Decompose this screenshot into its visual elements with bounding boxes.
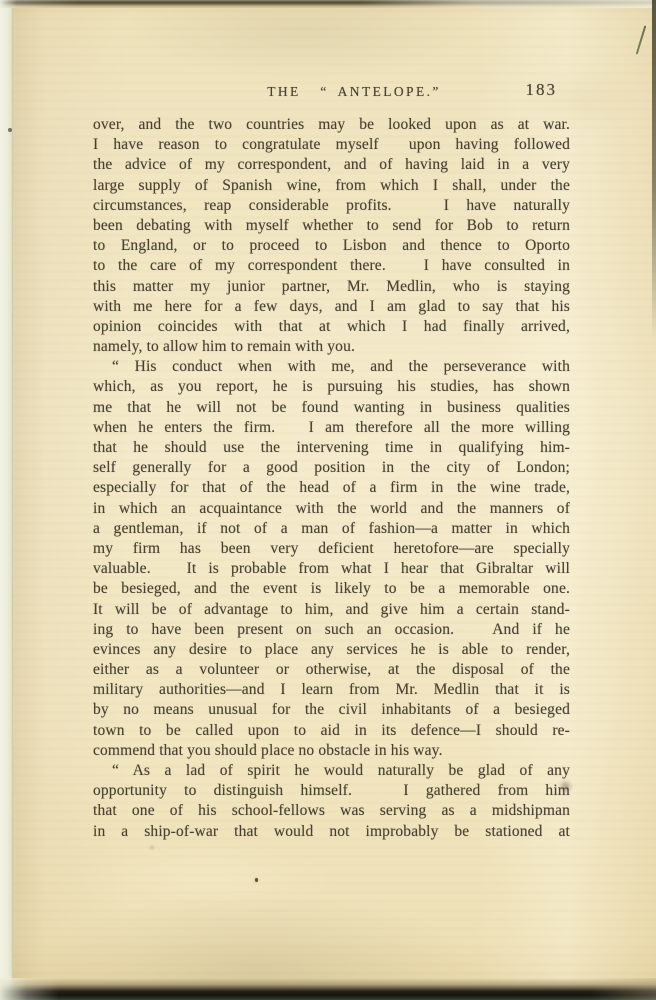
text-line: commend that you should place no obstacl… (93, 741, 570, 761)
text-line: “ As a lad of spirit he would naturally … (93, 761, 570, 781)
bottom-page-edge (0, 978, 656, 1000)
left-page-edge (0, 0, 13, 1000)
paper-speck (8, 128, 12, 132)
text-line: valuable. It is probable from what I hea… (93, 559, 570, 579)
text-line: my firm has been very deficient heretofo… (93, 539, 570, 559)
text-line: to the care of my correspondent there. I… (93, 256, 570, 276)
text-line: a gentleman, if not of a man of fashion—… (93, 519, 570, 539)
text-line: opportunity to distinguish himself. I ga… (93, 781, 570, 801)
text-line: opinion coincides with that at which I h… (93, 317, 570, 337)
paper-speck (255, 878, 258, 882)
text-line: with me here for a few days, and I am gl… (93, 297, 570, 317)
text-line: been debating with myself whether to sen… (93, 216, 570, 236)
text-line: It will be of advantage to him, and give… (93, 600, 570, 620)
text-line: in a ship-of-war that would not improbab… (93, 822, 570, 842)
text-line: evinces any desire to place any services… (93, 640, 570, 660)
text-line: especially for that of the head of a fir… (93, 478, 570, 498)
text-line: me that he will not be found wanting in … (93, 398, 570, 418)
text-line: “ His conduct when with me, and the pers… (93, 357, 570, 377)
page-number: 183 (526, 80, 558, 100)
text-line: in which an acquaintance with the world … (93, 499, 570, 519)
text-line: be besieged, and the event is likely to … (93, 579, 570, 599)
paragraph: “ His conduct when with me, and the pers… (93, 357, 570, 761)
text-line: which, as you report, he is pursuing his… (93, 377, 570, 397)
paragraph: “ As a lad of spirit he would naturally … (93, 761, 570, 842)
text-line: I have reason to congratulate myself upo… (93, 135, 570, 155)
text-line: to England, or to proceed to Lisbon and … (93, 236, 570, 256)
text-line: over, and the two countries may be looke… (93, 115, 570, 135)
scanned-book-page: THE “ ANTELOPE.” 183 over, and the two c… (0, 0, 656, 1000)
text-line: town to be called upon to aid in its def… (93, 721, 570, 741)
text-line: when he enters the firm. I am therefore … (93, 418, 570, 438)
text-line: large supply of Spanish wine, from which… (93, 176, 570, 196)
text-line: circumstances, reap considerable profits… (93, 196, 570, 216)
text-line: by no means unusual for the civil inhabi… (93, 700, 570, 720)
text-block: over, and the two countries may be looke… (93, 115, 570, 842)
right-page-edge (652, 0, 656, 340)
paper-speck (150, 846, 154, 849)
running-head-title: THE “ ANTELOPE.” (267, 84, 441, 100)
text-line: namely, to allow him to remain with you. (93, 337, 570, 357)
text-line: military authorities—and I learn from Mr… (93, 680, 570, 700)
text-line: the advice of my correspondent, and of h… (93, 155, 570, 175)
text-line: that one of his school-fellows was servi… (93, 801, 570, 821)
text-line: self generally for a good position in th… (93, 458, 570, 478)
text-line: this matter my junior partner, Mr. Medli… (93, 277, 570, 297)
text-line: that he should use the intervening time … (93, 438, 570, 458)
top-page-edge (0, 0, 656, 8)
paragraph: over, and the two countries may be looke… (93, 115, 570, 357)
text-line: ing to have been present on such an occa… (93, 620, 570, 640)
text-line: either as a volunteer or otherwise, at t… (93, 660, 570, 680)
